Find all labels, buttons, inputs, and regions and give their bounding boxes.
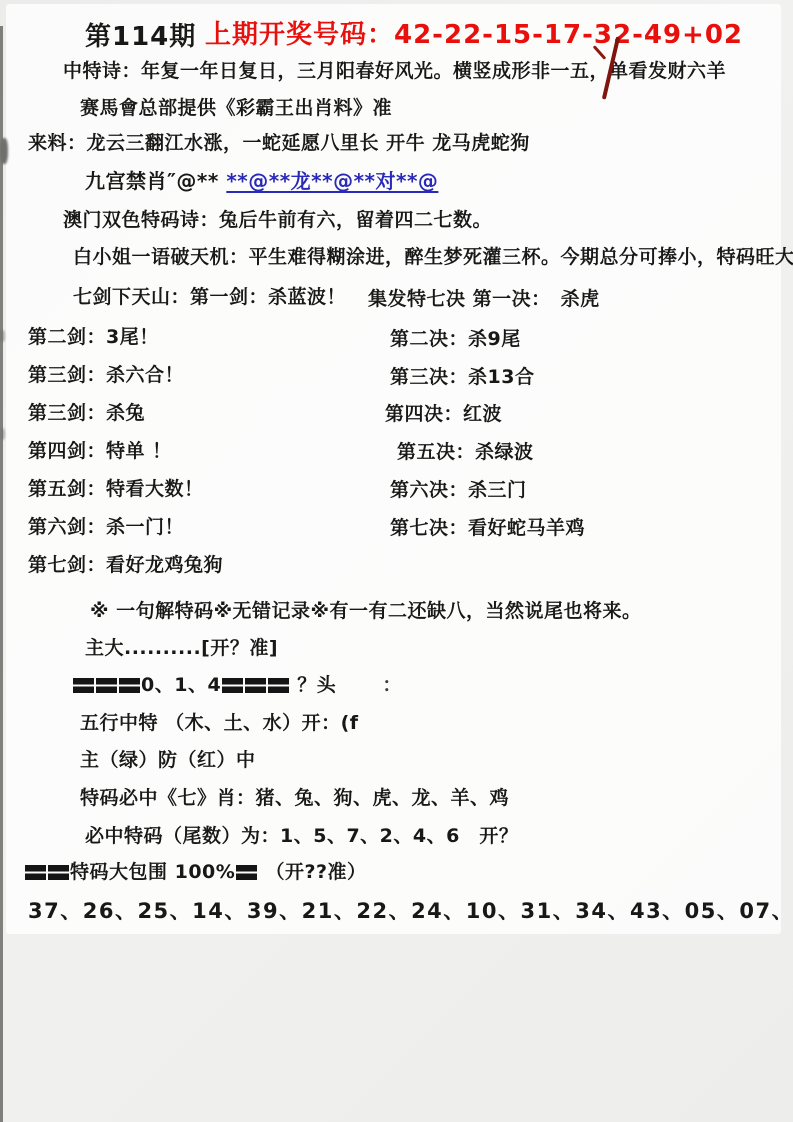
baowei-tail: （开??准）	[265, 861, 366, 883]
last-draw-numbers: 上期开奖号码：42-22-15-17-32-49+02	[205, 14, 743, 51]
sword-row-right: 第三决：杀13合	[390, 362, 534, 389]
redaction-bar	[25, 865, 46, 880]
sword-row-left: 第七剑：看好龙鸡兔狗	[28, 550, 223, 577]
heads-line: 0、1、4 ？头：	[72, 670, 402, 697]
jiugong-line: 九宫禁肖″@** **@**龙**@**对**@	[85, 165, 438, 194]
redaction-bar	[236, 865, 257, 880]
sword-row-left: 第五剑：特看大数！	[28, 474, 204, 501]
sword-row-left: 第三剑：杀六合！	[28, 360, 184, 387]
qixiao-note: 特码必中《七》肖：猪、兔、狗、虎、龙、羊、鸡	[80, 783, 509, 810]
baowei-text: 特码大包围 100%	[70, 861, 235, 883]
sword-header-right: 集发特七决 第一决： 杀虎	[368, 284, 600, 311]
wuxing-note: 五行中特 （木、土、水）开：(f	[80, 708, 359, 735]
scan-edge-artifact	[0, 26, 3, 1122]
heads-colon: ：	[382, 670, 402, 697]
redaction-bar	[73, 678, 94, 693]
redaction-bar	[268, 678, 289, 693]
jieshu-note: ※ 一句解特码※无错记录※有一有二还缺八，当然说尾也将来。	[90, 596, 642, 623]
weishu-note: 必中特码（尾数）为：1、5、7、2、4、6 开？	[85, 821, 518, 848]
sword-row-left: 第四剑：特单 ！	[28, 436, 172, 463]
sword-row-right: 第七决：看好蛇马羊鸡	[390, 513, 585, 540]
redaction-bar	[96, 678, 117, 693]
heads-values: 0、1、4	[141, 674, 221, 696]
sword-row-left: 第三剑：杀兔	[28, 398, 145, 425]
issue-number: 第114期	[85, 16, 196, 53]
scanned-lottery-sheet: 第114期 上期开奖号码：42-22-15-17-32-49+02 中特诗：年复…	[0, 0, 793, 1122]
sword-row-right: 第四决：红波	[385, 399, 502, 426]
scan-smudge-artifact	[0, 428, 5, 440]
sword-row-right: 第二决：杀9尾	[390, 324, 521, 351]
zhuda-note: 主大..........[开？准]	[85, 633, 278, 660]
lailiao-line: 来料：龙云三翻江水涨，一蛇延愿八里长 开牛 龙马虎蛇狗	[28, 128, 530, 155]
sword-row-right: 第五决：杀绿波	[397, 437, 534, 464]
heads-tail: ？头	[297, 674, 336, 696]
redaction-bar	[119, 678, 140, 693]
scan-smudge-artifact	[0, 330, 5, 342]
lailiao-text: 龙云三翻江水涨，一蛇延愿八里长 开牛 龙马虎蛇狗	[87, 132, 530, 154]
sword-row-right: 第六决：杀三门	[390, 475, 527, 502]
baixiaojie-line: 白小姐一语破天机：平生难得糊涂进，醉生梦死灌三杯。今期总分可捧小，特码旺大和单。	[73, 242, 793, 269]
macau-poem: 澳门双色特码诗：兔后牛前有六，留着四二七数。	[63, 205, 492, 232]
redaction-bar	[245, 678, 266, 693]
redaction-bar	[48, 865, 69, 880]
jockey-club-line: 赛馬會总部提供《彩霸王出肖料》准	[80, 93, 392, 120]
jiugong-prefix: 九宫禁肖″@**	[85, 169, 226, 193]
baowei-line: 特码大包围 100% （开??准）	[24, 857, 367, 884]
zhongte-poem: 中特诗：年复一年日复日，三月阳春好风光。横竖成形非一五，单看发财六羊	[63, 56, 726, 83]
jiugong-underlined-code: **@**龙**@**对**@	[226, 169, 438, 193]
number-row: 37、26、25、14、39、21、22、24、10、31、34、43、05、0…	[28, 895, 793, 925]
zhufang-note: 主（绿）防（红）中	[80, 745, 256, 772]
lailiao-label: 来料：	[28, 132, 87, 154]
sword-row-left: 第六剑：杀一门！	[28, 512, 184, 539]
sword-header-left: 七剑下天山：第一剑：杀蓝波！	[73, 282, 346, 309]
scan-smudge-artifact	[0, 138, 8, 164]
sword-row-left: 第二剑：3尾！	[28, 322, 159, 349]
redaction-bar	[222, 678, 243, 693]
